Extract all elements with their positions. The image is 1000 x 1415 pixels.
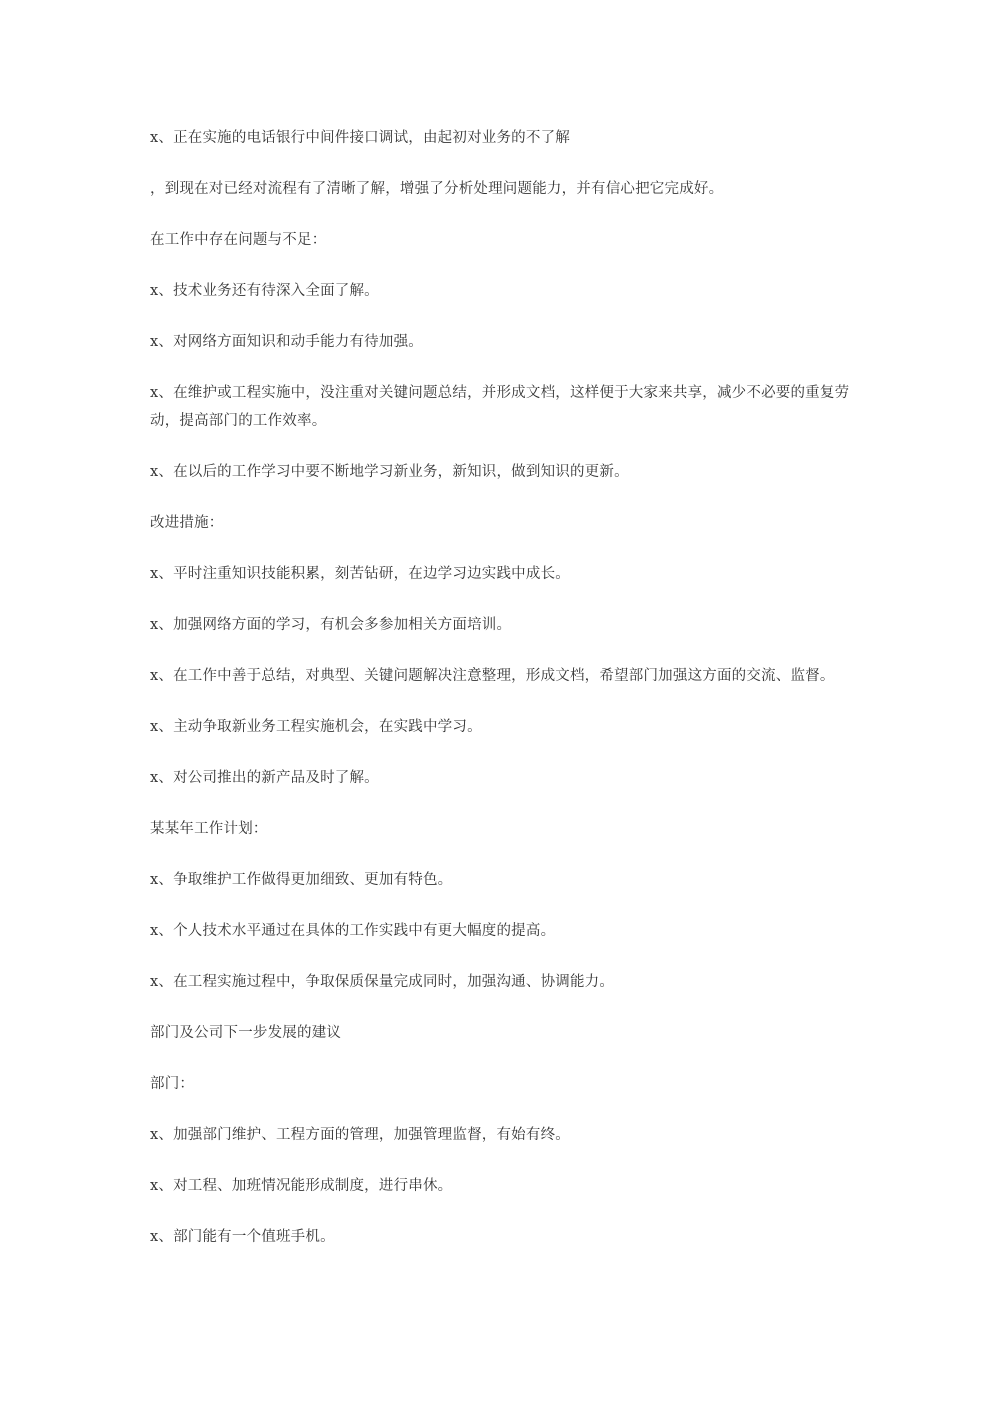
list-item: x、技术业务还有待深入全面了解。: [150, 277, 850, 305]
list-item: x、主动争取新业务工程实施机会，在实践中学习。: [150, 713, 850, 741]
list-item: x、在以后的工作学习中要不断地学习新业务，新知识，做到知识的更新。: [150, 458, 850, 486]
document-page: x、正在实施的电话银行中间件接口调试，由起初对业务的不了解 ，到现在对已经对流程…: [150, 124, 850, 1251]
list-item: x、争取维护工作做得更加细致、更加有特色。: [150, 866, 850, 894]
list-item: x、个人技术水平通过在具体的工作实践中有更大幅度的提高。: [150, 917, 850, 945]
list-item: x、正在实施的电话银行中间件接口调试，由起初对业务的不了解: [150, 124, 850, 152]
list-item: x、在维护或工程实施中，没注重对关键问题总结，并形成文档，这样便于大家来共享，减…: [150, 379, 850, 435]
list-item: x、对公司推出的新产品及时了解。: [150, 764, 850, 792]
list-item: x、平时注重知识技能积累，刻苦钻研，在边学习边实践中成长。: [150, 560, 850, 588]
list-item: x、在工程实施过程中，争取保质保量完成同时，加强沟通、协调能力。: [150, 968, 850, 996]
paragraph-continuation: ，到现在对已经对流程有了清晰了解，增强了分析处理问题能力，并有信心把它完成好。: [150, 175, 850, 203]
list-item: x、对工程、加班情况能形成制度，进行串休。: [150, 1172, 850, 1200]
list-item: x、加强部门维护、工程方面的管理，加强管理监督，有始有终。: [150, 1121, 850, 1149]
section-heading-problems: 在工作中存在问题与不足：: [150, 226, 850, 254]
subsection-heading-department: 部门：: [150, 1070, 850, 1098]
section-heading-work-plan: 某某年工作计划：: [150, 815, 850, 843]
list-item: x、对网络方面知识和动手能力有待加强。: [150, 328, 850, 356]
section-heading-improvements: 改进措施：: [150, 509, 850, 537]
section-heading-suggestions: 部门及公司下一步发展的建议: [150, 1019, 850, 1047]
list-item: x、加强网络方面的学习，有机会多参加相关方面培训。: [150, 611, 850, 639]
list-item: x、部门能有一个值班手机。: [150, 1223, 850, 1251]
list-item: x、在工作中善于总结，对典型、关键问题解决注意整理，形成文档，希望部门加强这方面…: [150, 662, 850, 690]
